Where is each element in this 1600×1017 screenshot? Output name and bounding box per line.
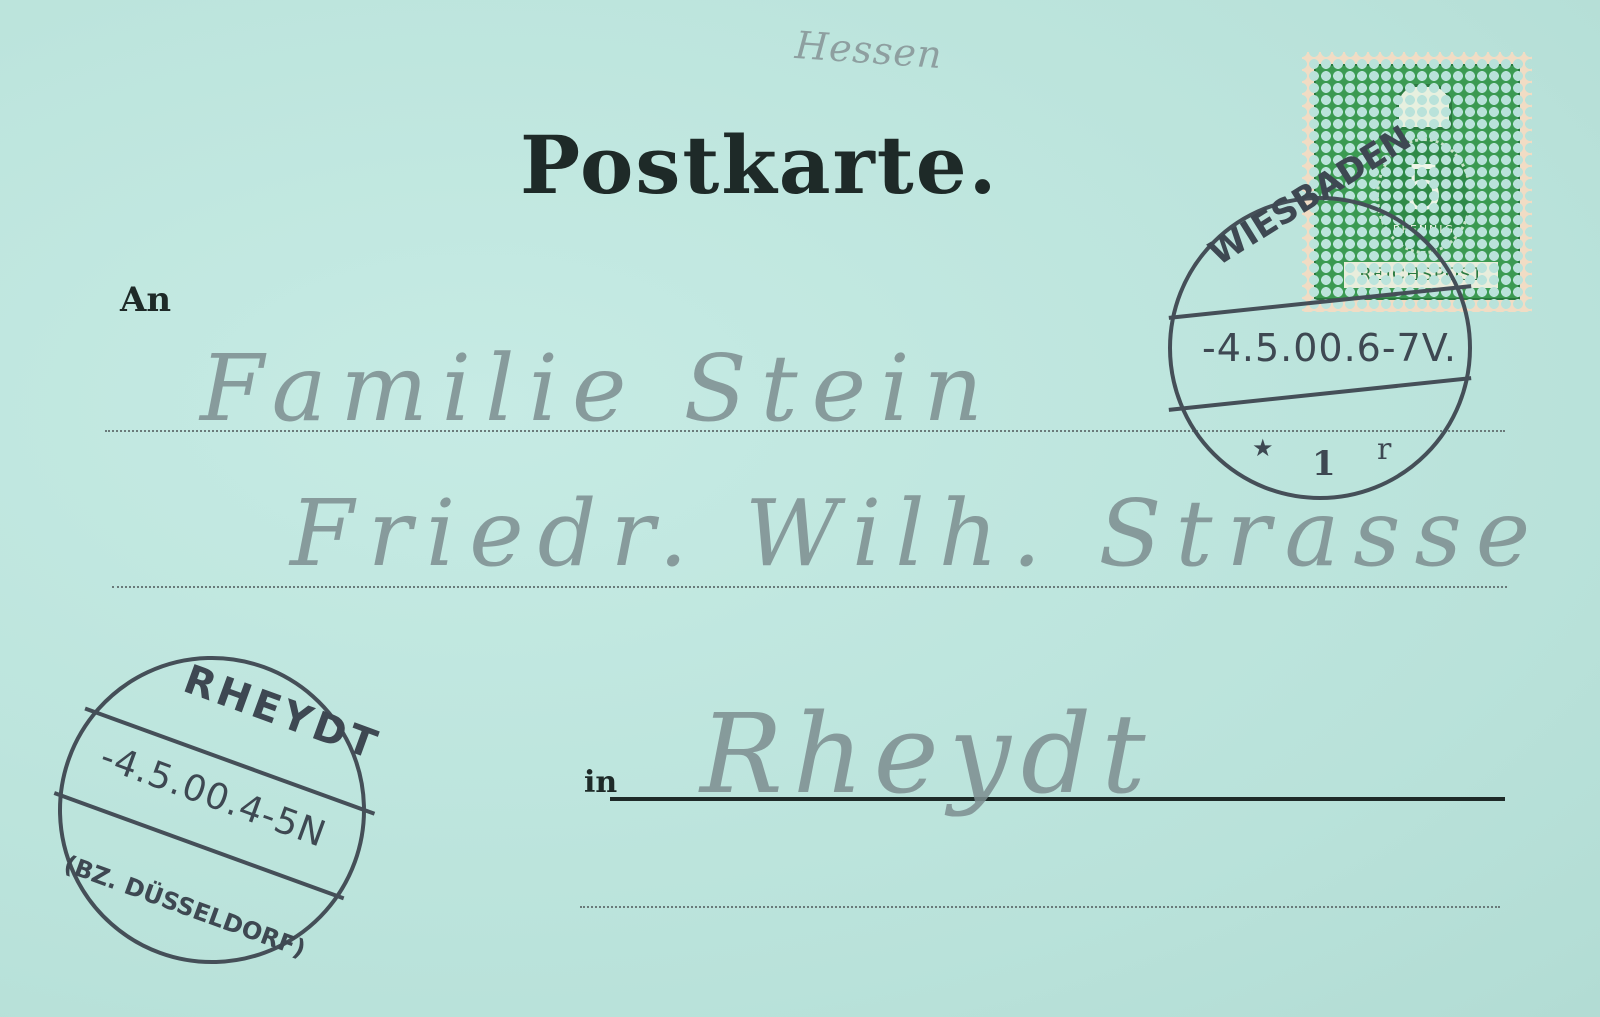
handwritten-line-2: Friedr. Wilh. Strasse: [290, 480, 1544, 587]
postmark-date: -4.5.00.6-7V.: [1202, 326, 1457, 370]
postmark-bar-top: [1169, 284, 1472, 320]
star-icon: ★: [1252, 434, 1274, 462]
postcard: Hessen Postkarte. An in Familie Stein Fr…: [0, 0, 1600, 1017]
crown-icon: [1396, 84, 1452, 130]
postmark-office: 1: [1312, 444, 1336, 484]
postmark-region: (BZ. DÜSSELDORF): [60, 850, 309, 963]
handwritten-line-3: Rheydt: [700, 690, 1156, 818]
postcard-title: Postkarte.: [520, 118, 998, 212]
postmark-wiesbaden: WIESBADEN -4.5.00.6-7V. ★ 1 r: [1168, 196, 1472, 500]
address-label: An: [120, 280, 171, 320]
place-label: in: [584, 765, 617, 800]
postmark-bar-bottom: [1169, 376, 1472, 412]
pencil-note: Hessen: [794, 23, 944, 77]
postmark-suffix: r: [1377, 432, 1391, 467]
handwritten-line-1: Familie Stein: [200, 335, 997, 442]
postmark-rheydt: RHEYDT -4.5.00.4-5N (BZ. DÜSSELDORF): [15, 613, 410, 1008]
address-line-4: [580, 906, 1500, 908]
